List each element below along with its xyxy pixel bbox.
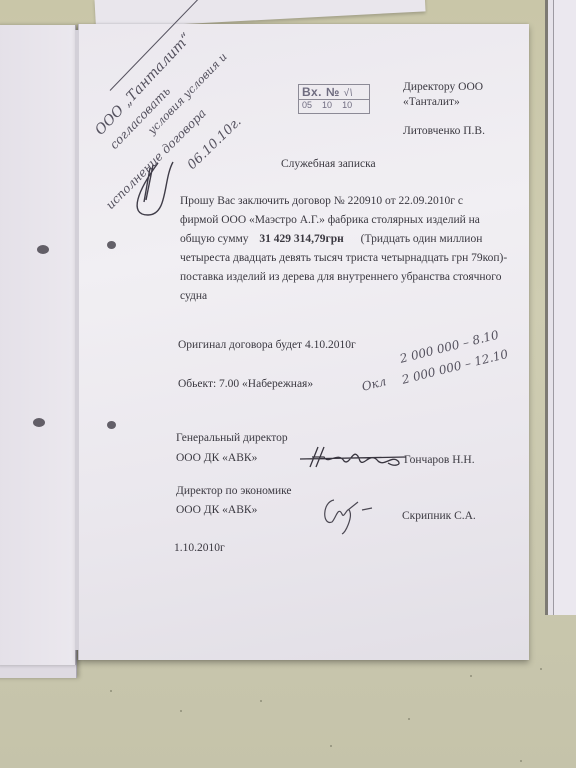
stamp-day: 05 xyxy=(302,100,312,110)
incoming-stamp: Вх. № √\ 05 10 10 xyxy=(298,84,370,114)
resolution-signature xyxy=(128,160,178,220)
signature-skripnik xyxy=(318,492,378,536)
punch-hole xyxy=(107,421,116,429)
memo-title: Служебная записка xyxy=(281,157,376,172)
stamp-label: Вх. № xyxy=(302,85,340,99)
original-note: Оригинал договора будет 4.10.2010г xyxy=(178,338,356,353)
addressee-title: Директору ООО xyxy=(403,80,483,95)
left-paper-stack xyxy=(0,25,76,665)
addressee-name: Литовченко П.В. xyxy=(403,124,485,139)
stamp-number: √\ xyxy=(344,88,353,99)
stamp-year: 10 xyxy=(342,100,352,110)
signature-goncharov xyxy=(298,437,408,473)
memo-date: 1.10.2010г xyxy=(174,541,225,556)
punch-hole xyxy=(107,241,116,249)
right-paper-stack xyxy=(545,0,576,615)
body-line-5: поставка изделий из дерева для внутренне… xyxy=(180,270,501,285)
body-line-2: фирмой ООО «Маэстро А.Г.» фабрика столяр… xyxy=(180,213,480,228)
object-note: Обьект: 7.00 «Набережная» xyxy=(178,377,313,392)
punch-hole xyxy=(33,418,45,427)
punch-hole xyxy=(37,245,49,254)
sum-label: общую сумму xyxy=(180,233,251,245)
body-line-6: судна xyxy=(180,289,207,304)
body-line-3: общую сумму 31 429 314,79грн (Тридцать о… xyxy=(180,232,482,247)
addressee-company: «Танталит» xyxy=(403,95,460,110)
signatory-1-company: ООО ДК «АВК» xyxy=(176,451,257,466)
signatory-2-name: Скрипник С.А. xyxy=(402,509,476,524)
body-line-4: четыреста двадцать девять тысяч триста ч… xyxy=(180,251,507,266)
stamp-month: 10 xyxy=(322,100,332,110)
signatory-1-name: Гончаров Н.Н. xyxy=(404,453,475,468)
sum-amount: 31 429 314,79грн xyxy=(259,233,343,245)
body-line-1: Прошу Вас заключить договор № 220910 от … xyxy=(180,194,463,209)
signatory-2-company: ООО ДК «АВК» xyxy=(176,503,257,518)
signatory-2-title: Директор по экономике xyxy=(176,484,292,499)
signatory-1-title: Генеральный директор xyxy=(176,431,288,446)
sum-words-start: (Тридцать один миллион xyxy=(361,233,483,245)
